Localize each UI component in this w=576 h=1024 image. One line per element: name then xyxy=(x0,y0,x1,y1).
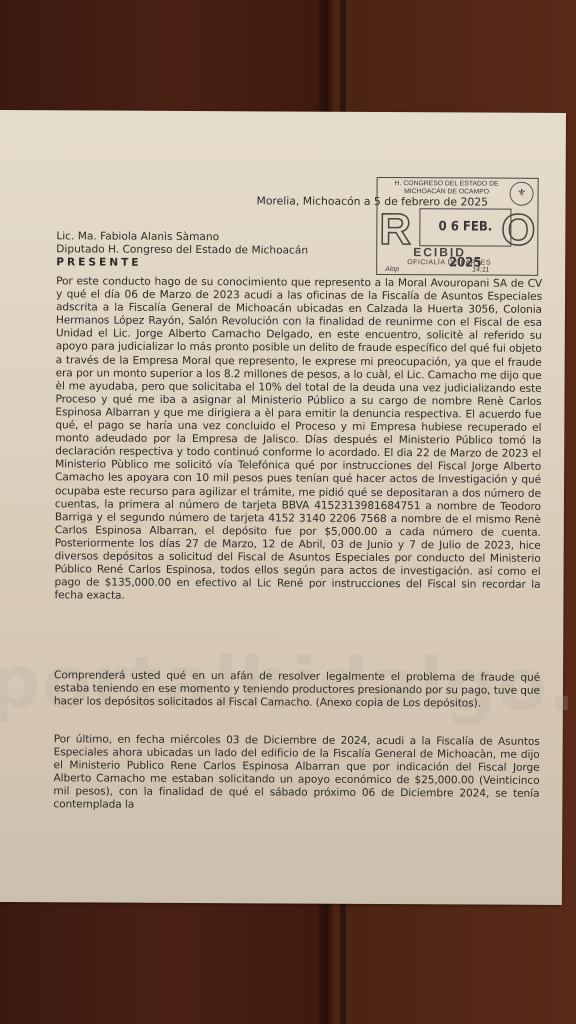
paragraph-3: Por último, en fecha miércoles 03 de Dic… xyxy=(53,733,539,814)
stamp-office: OFICIALÍA DE PARTES xyxy=(407,259,491,266)
stamp-recibido: ECIBID xyxy=(413,245,466,259)
paragraph-1: Por este conducto hago de su conocimient… xyxy=(54,275,542,605)
addressee-title: Diputado H. Congreso del Estado de Micho… xyxy=(56,243,308,257)
stamp-signature: Alop xyxy=(385,266,399,273)
stamp-date: 0 6 FEB. 2025 xyxy=(419,208,511,246)
paragraph-2: Comprenderá usted qué en un afán de reso… xyxy=(54,669,540,711)
letter-page: portalhidalgo.com Morelia, Michoacón a 5… xyxy=(0,110,566,905)
addressee-block: Lic. Ma. Fabiola Alanìs Sàmano Diputado … xyxy=(56,230,308,270)
stamp-letter-o: O xyxy=(501,209,535,253)
received-stamp: H. CONGRESO DEL ESTADO DE MICHOACÁN DE O… xyxy=(376,177,539,276)
addressee-name: Lic. Ma. Fabiola Alanìs Sàmano xyxy=(56,230,308,244)
greeting: PRESENTE xyxy=(56,256,308,270)
stamp-hora: 14:11 xyxy=(472,266,489,273)
stamp-header: H. CONGRESO DEL ESTADO DE MICHOACÁN DE O… xyxy=(382,180,512,197)
coat-of-arms-icon: ⚜ xyxy=(510,182,534,206)
stamp-letter-r: R xyxy=(379,208,411,252)
